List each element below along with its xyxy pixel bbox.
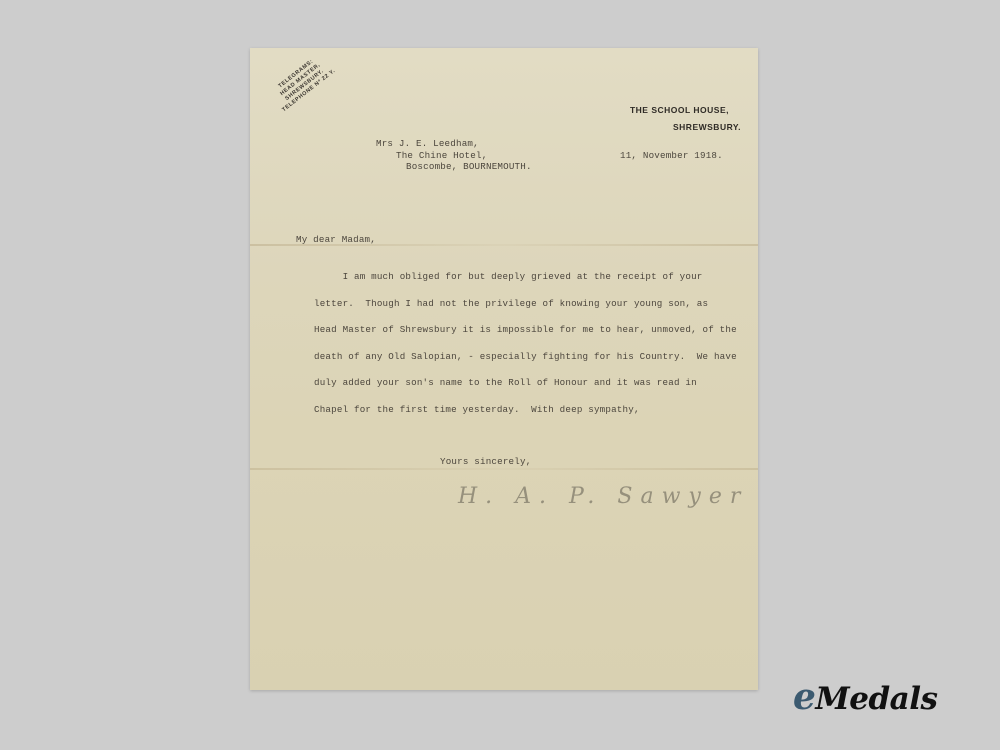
body-line: letter. Though I had not the privilege o… bbox=[314, 291, 737, 318]
letterhead-line: THE SCHOOL HOUSE, bbox=[630, 102, 729, 119]
body-line: Head Master of Shrewsbury it is impossib… bbox=[314, 317, 737, 344]
recipient-address: Mrs J. E. Leedham,The Chine Hotel,Boscom… bbox=[376, 138, 532, 173]
body-line: death of any Old Salopian, - especially … bbox=[314, 344, 737, 371]
letter-paper: TELEGRAMS: HEAD MASTER, SHREWSBURY. TELE… bbox=[250, 48, 758, 690]
address-line: Mrs J. E. Leedham, bbox=[376, 138, 532, 150]
letter-body: I am much obliged for but deeply grieved… bbox=[314, 264, 737, 423]
emedals-watermark-logo: eMedals bbox=[793, 676, 937, 718]
body-line: duly added your son's name to the Roll o… bbox=[314, 370, 737, 397]
letter-date: 11, November 1918. bbox=[620, 150, 723, 161]
body-line: I am much obliged for but deeply grieved… bbox=[314, 264, 737, 291]
telegram-stamp: TELEGRAMS: HEAD MASTER, SHREWSBURY. TELE… bbox=[258, 43, 348, 122]
closing: Yours sincerely, bbox=[440, 456, 531, 467]
logo-text: Medals bbox=[815, 681, 937, 717]
school-letterhead: THE SCHOOL HOUSE, SHREWSBURY. bbox=[630, 102, 741, 136]
stamp-line: HEAD MASTER, SHREWSBURY. bbox=[262, 49, 343, 117]
body-line: Chapel for the first time yesterday. Wit… bbox=[314, 397, 737, 424]
address-line: Boscombe, BOURNEMOUTH. bbox=[376, 161, 532, 173]
handwritten-signature: H. A. P. Sawyer bbox=[458, 484, 748, 509]
salutation: My dear Madam, bbox=[296, 234, 376, 245]
address-line: The Chine Hotel, bbox=[376, 150, 532, 162]
letterhead-line: SHREWSBURY. bbox=[630, 119, 741, 136]
logo-e: e bbox=[793, 676, 815, 718]
